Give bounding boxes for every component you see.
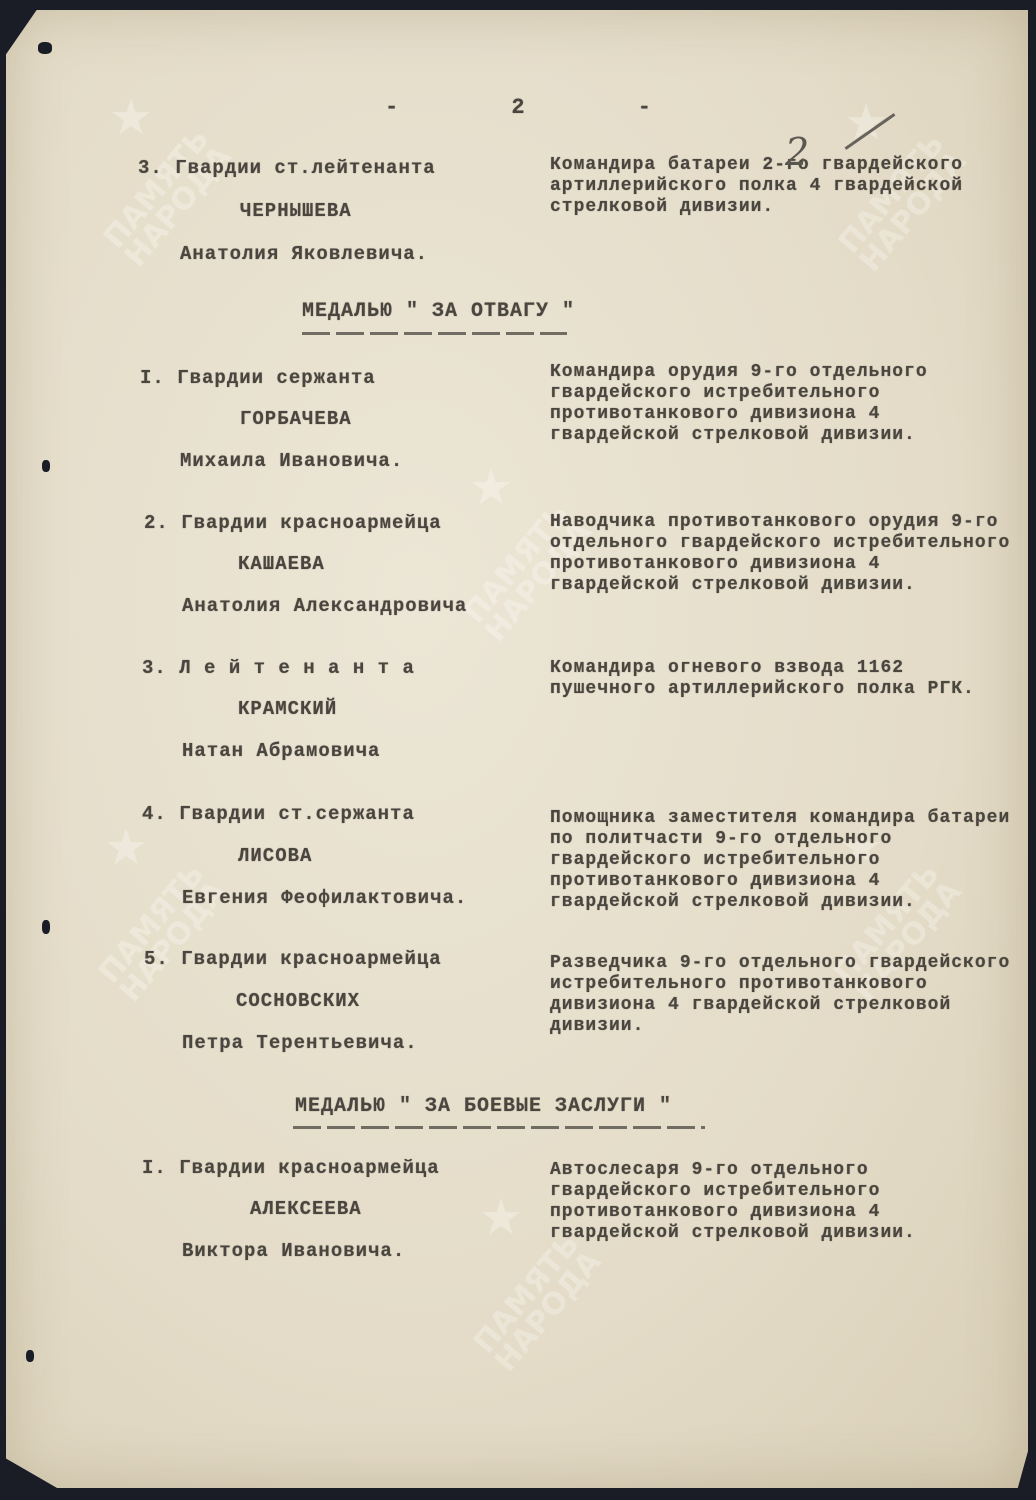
entry-rank-text: Гвардии красноармейца: [181, 948, 441, 970]
entry-rank: 5. Гвардии красноармейца: [144, 948, 442, 970]
entry-description: Автослесаря 9-го отдельного гвардейского…: [550, 1160, 1020, 1244]
entry-number: 3.: [138, 157, 163, 179]
entry-rank-text: Л е й т е н а н т а: [179, 657, 415, 679]
page-number: - 2 -: [385, 95, 701, 120]
entry-rank-text: Гвардии красноармейца: [179, 1157, 439, 1179]
entry-rank-text: Гвардии ст.лейтенанта: [175, 157, 435, 179]
entry-given-name: Петра Терентьевича.: [182, 1032, 418, 1054]
heading-underline: [293, 1126, 705, 1129]
entry-rank: 2. Гвардии красноармейца: [144, 512, 442, 534]
watermark-star-icon: ★: [480, 1170, 522, 1257]
watermark-star-icon: ★: [845, 75, 887, 162]
entry-number: 3.: [142, 657, 167, 679]
entry-rank: 3. Л е й т е н а н т а: [142, 657, 415, 679]
entry-description: Командира орудия 9-го отдельного гвардей…: [550, 362, 1020, 446]
entry-surname: КРАМСКИЙ: [238, 698, 337, 720]
section-heading: МЕДАЛЬЮ " ЗА БОЕВЫЕ ЗАСЛУГИ ": [295, 1095, 672, 1118]
entry-rank: 3. Гвардии ст.лейтенанта: [138, 157, 436, 179]
entry-number: 2.: [144, 512, 169, 534]
section-heading: МЕДАЛЬЮ " ЗА ОТВАГУ ": [302, 300, 575, 323]
entry-description: Наводчика противотанкового орудия 9-го о…: [550, 512, 1020, 596]
watermark-star-icon: ★: [470, 440, 512, 527]
entry-surname: СОСНОВСКИХ: [236, 990, 360, 1012]
entry-given-name: Анатолия Яковлевича.: [180, 243, 428, 265]
entry-given-name: Виктора Ивановича.: [182, 1240, 405, 1262]
punch-hole: [38, 42, 52, 54]
entry-given-name: Евгения Феофилактовича.: [182, 887, 467, 909]
entry-rank: I. Гвардии красноармейца: [142, 1157, 440, 1179]
entry-rank: I. Гвардии сержанта: [140, 367, 376, 389]
entry-surname: ЛИСОВА: [238, 845, 312, 867]
entry-surname: ЧЕРНЫШЕВА: [240, 200, 352, 222]
entry-surname: АЛЕКСЕЕВА: [250, 1198, 362, 1220]
entry-given-name: Михаила Ивановича.: [180, 450, 403, 472]
entry-surname: КАШАЕВА: [238, 553, 325, 575]
handwritten-mark: 2: [785, 130, 809, 174]
entry-rank-text: Гвардии сержанта: [177, 367, 375, 389]
entry-surname: ГОРБАЧЕВА: [240, 408, 352, 430]
entry-number: 5.: [144, 948, 169, 970]
heading-underline: [302, 332, 567, 335]
entry-rank: 4. Гвардии ст.сержанта: [142, 803, 415, 825]
entry-description: Командира огневого взвода 1162 пушечного…: [550, 658, 1020, 700]
entry-rank-text: Гвардии красноармейца: [181, 512, 441, 534]
entry-rank-text: Гвардии ст.сержанта: [179, 803, 415, 825]
watermark-star-icon: ★: [105, 800, 147, 887]
entry-number: I.: [140, 367, 165, 389]
watermark-star-icon: ★: [110, 70, 152, 157]
entry-number: I.: [142, 1157, 167, 1179]
entry-description: Разведчика 9-го отдельного гвардейского …: [550, 953, 1020, 1037]
punch-hole: [42, 920, 50, 934]
entry-given-name: Натан Абрамовича: [182, 740, 380, 762]
entry-description: Помощника заместителя командира батареи …: [550, 808, 1020, 913]
entry-number: 4.: [142, 803, 167, 825]
punch-hole: [42, 460, 50, 472]
punch-hole: [26, 1350, 34, 1362]
entry-given-name: Анатолия Александровича: [182, 595, 467, 617]
